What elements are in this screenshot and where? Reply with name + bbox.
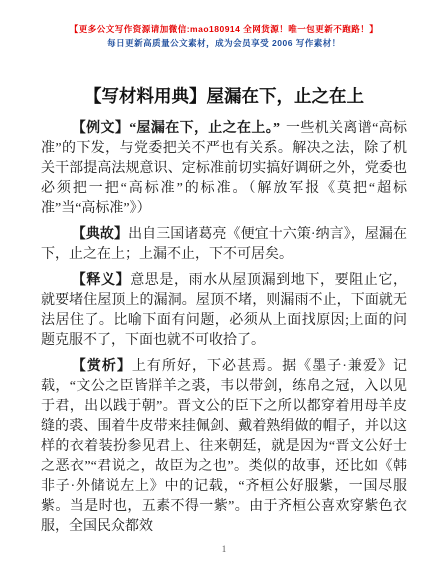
paragraph-shiyi: 【释义】意思是，雨水从屋顶漏到地下，要阻止它，就要堵住屋顶上的漏洞。屋顶不堵，则… [41, 271, 407, 351]
paragraph-shangxi-text: 上有所好，下必甚焉。据《墨子·兼爱》记载，“文公之臣皆牂羊之裘，韦以带剑，练帛之… [41, 359, 407, 534]
page-title: 【写材料用典】屋漏在下，止之在上 [20, 85, 428, 107]
paragraph-shangxi: 【赏析】上有所好，下必甚焉。据《墨子·兼爱》记载，“文公之臣皆牂羊之裘，韦以带剑… [41, 357, 407, 537]
paragraph-shiyi-label: 【释义】 [72, 273, 130, 288]
paragraph-liwen-label: 【例文】 [72, 121, 129, 136]
paragraph-liwen: 【例文】“屋漏在下，止之在上。”一些机关离谱“高标准”的下发，与党委把关不严也有… [41, 119, 407, 219]
paragraph-shangxi-label: 【赏析】 [72, 359, 132, 374]
paragraph-diangu: 【典故】出自三国诸葛亮《便宜十六策·纳言》，屋漏在下，止之在上；上漏不止，下不可… [41, 225, 407, 265]
promo-line-blue: 每日更新高质量公文素材，成为会员享受 2006 写作素材！ [0, 36, 448, 50]
paragraph-liwen-quote: “屋漏在下，止之在上。” [129, 121, 280, 136]
promo-line-red: 【更多公文写作资源请加微信:mao180914 全网货源！唯一包更新不跑路！】 [0, 22, 448, 36]
paragraph-diangu-label: 【典故】 [72, 227, 128, 242]
document-body: 【例文】“屋漏在下，止之在上。”一些机关离谱“高标准”的下发，与党委把关不严也有… [41, 119, 407, 537]
document-page: 【更多公文写作资源请加微信:mao180914 全网货源！唯一包更新不跑路！】 … [0, 0, 448, 580]
page-number: 1 [0, 544, 448, 554]
promo-header: 【更多公文写作资源请加微信:mao180914 全网货源！唯一包更新不跑路！】 … [0, 0, 448, 50]
